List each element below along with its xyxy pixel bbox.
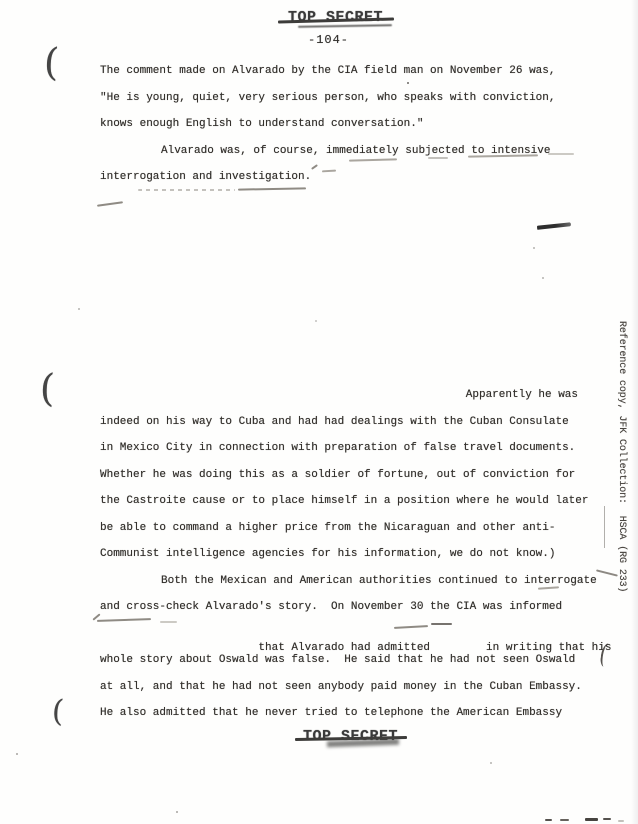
body-line: and cross-check Alvarado's story. On Nov… (100, 600, 578, 614)
scan-speck (585, 818, 598, 821)
handwritten-paren-mark: ( (39, 366, 55, 410)
body-line: Alvarado was, of course, immediately sub… (100, 144, 638, 158)
strikethrough-line (298, 24, 392, 28)
scan-speck (533, 247, 535, 249)
ink-smudge (160, 621, 177, 623)
scan-speck (315, 320, 317, 322)
ink-smudge (138, 189, 235, 191)
ink-smudge (311, 164, 318, 170)
erased-text-gap (430, 646, 486, 647)
body-line: whole story about Oswald was false. He s… (100, 653, 578, 667)
page-number: -104- (308, 33, 349, 47)
scan-speck (176, 811, 178, 813)
scan-speck (78, 308, 80, 310)
ink-smudge (428, 157, 448, 159)
scan-speck (560, 819, 569, 821)
margin-underline-mark (604, 506, 605, 548)
body-line: Whether he was doing this as a soldier o… (100, 468, 578, 482)
body-line: the Castroite cause or to place himself … (100, 494, 578, 508)
body-line: be able to command a higher price from t… (100, 521, 578, 535)
body-line: He also admitted that he never tried to … (100, 706, 578, 720)
body-line: indeed on his way to Cuba and had had de… (100, 415, 578, 429)
ink-smudge (431, 623, 452, 625)
ink-smudge (97, 618, 151, 622)
handwritten-paren-mark: ( (43, 40, 60, 85)
ink-smear (327, 739, 399, 748)
scan-speck (618, 820, 624, 822)
pen-swoosh-mark (537, 222, 571, 230)
scan-speck (16, 753, 18, 755)
ink-smudge (349, 158, 397, 161)
ink-smudge (97, 201, 123, 207)
body-line: knows enough English to understand conve… (100, 117, 578, 131)
body-line: at all, and that he had not seen anybody… (100, 680, 578, 694)
body-line: interrogation and investigation. (100, 170, 578, 184)
scan-speck (542, 277, 544, 279)
document-page: ( ( ( TOP SECRET -104- The comment made … (0, 0, 638, 824)
scan-speck (545, 819, 552, 821)
ink-smudge (238, 187, 306, 190)
scan-speck (603, 818, 611, 820)
body-line: "He is young, quiet, very serious person… (100, 91, 578, 105)
body-line-fragment: that Alvarado had admitted (258, 642, 430, 654)
archive-reference-stamp: Reference copy, JFK Collection: HSCA (RG… (616, 321, 627, 592)
scan-speck (407, 82, 409, 84)
body-line: in Mexico City in connection with prepar… (100, 441, 578, 455)
body-line-fragment: in writing that his (486, 642, 611, 654)
body-line: Communist intelligence agencies for his … (100, 547, 578, 561)
ink-smudge (538, 586, 559, 589)
ink-smudge (548, 153, 574, 155)
body-line: Apparently he was (100, 388, 578, 402)
handwritten-paren-mark: ( (51, 694, 65, 730)
scan-speck (490, 762, 492, 764)
body-line: The comment made on Alvarado by the CIA … (100, 64, 578, 78)
